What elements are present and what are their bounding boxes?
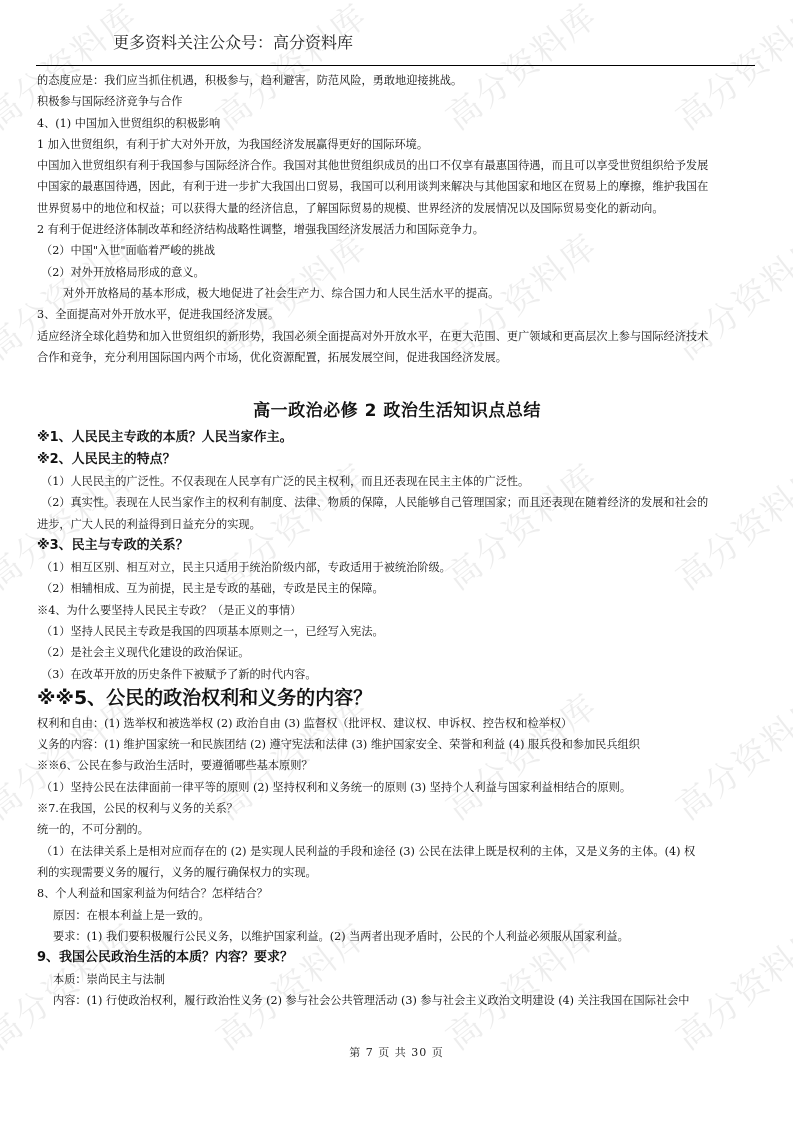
question-heading-8: 8、个人利益和国家利益为何结合？怎样结合？: [37, 883, 757, 904]
paragraph-line: 中国加入世贸组织有利于我国参与国际经济合作。我国对其他世贸组织成员的出口不仅享有…: [37, 155, 757, 176]
answer-line: 统一的，不可分割的。: [37, 819, 757, 840]
answer-line: （2）真实性。表现在人民当家作主的权利有制度、法律、物质的保障，人民能够自己管理…: [37, 492, 757, 513]
answer-line: （1）相互区别、相互对立，民主只适用于统治阶级内部，专政适用于被统治阶级。: [37, 557, 757, 578]
section-title: 高一政治必修 2 政治生活知识点总结: [37, 399, 757, 423]
question-heading-3: ※3、民主与专政的关系？: [37, 535, 757, 557]
paragraph-line: 3、全面提高对外开放水平，促进我国经济发展。: [37, 304, 757, 325]
question-heading-9: 9、我国公民政治生活的本质？内容？要求？: [37, 947, 757, 969]
answer-line: 义务的内容：(1) 维护国家统一和民族团结 (2) 遵守宪法和法律 (3) 维护…: [37, 734, 757, 755]
paragraph-line: 1 加入世贸组织，有利于扩大对外开放，为我国经济发展赢得更好的国际环境。: [37, 134, 757, 155]
answer-line: （3）在改革开放的历史条件下被赋予了新的时代内容。: [37, 664, 757, 685]
paragraph-line: （2）中国"入世"面临着严峻的挑战: [37, 240, 757, 261]
header-divider: [36, 65, 755, 66]
question-heading-4: ※4、为什么要坚持人民民主专政？（是正义的事情）: [37, 600, 757, 621]
question-heading-5: ※※5、公民的政治权利和义务的内容？: [37, 683, 757, 713]
paragraph-line: 合作和竞争，充分利用国际国内两个市场，优化资源配置，拓展发展空间，促进我国经济发…: [37, 347, 757, 368]
answer-line: （2）相辅相成、互为前提，民主是专政的基础，专政是民主的保障。: [37, 578, 757, 599]
answer-line: （1）人民民主的广泛性。不仅表现在人民享有广泛的民主权利，而且还表现在民主主体的…: [37, 471, 757, 492]
paragraph-line: 适应经济全球化趋势和加入世贸组织的新形势，我国必须全面提高对外开放水平，在更大范…: [37, 326, 757, 347]
paragraph-line: 2 有利于促进经济体制改革和经济结构战略性调整，增强我国经济发展活力和国际竞争力…: [37, 219, 757, 240]
page-content: 的态度应是：我们应当抓住机遇，积极参与，趋利避害，防范风险，勇敢地迎接挑战。 积…: [37, 70, 757, 1012]
paragraph-line: 积极参与国际经济竞争与合作: [37, 91, 757, 112]
answer-line: 要求：(1) 我们要积极履行公民义务，以维护国家利益。(2) 当两者出现矛盾时，…: [37, 926, 757, 947]
answer-line: 权利和自由：(1) 选举权和被选举权 (2) 政治自由 (3) 监督权（批评权、…: [37, 713, 757, 734]
question-heading-7: ※7.在我国，公民的权利与义务的关系？: [37, 798, 757, 819]
paragraph-line: 世界贸易中的地位和权益；可以获得大量的经济信息，了解国际贸易的规模、世界经济的发…: [37, 198, 757, 219]
paragraph-line: 对外开放格局的基本形成，极大地促进了社会生产力、综合国力和人民生活水平的提高。: [37, 283, 757, 304]
question-heading-1: ※1、人民民主专政的本质？人民当家作主。: [37, 427, 757, 449]
question-heading-6: ※※6、公民在参与政治生活时，要遵循哪些基本原则？: [37, 755, 757, 776]
answer-line: （1）坚持公民在法律面前一律平等的原则 (2) 坚持权利和义务统一的原则 (3)…: [37, 777, 757, 798]
answer-line: （1）坚持人民民主专政是我国的四项基本原则之一，已经写入宪法。: [37, 621, 757, 642]
paragraph-line: 4、(1) 中国加入世贸组织的积极影响: [37, 113, 757, 134]
answer-line: 进步，广大人民的利益得到日益充分的实现。: [37, 514, 757, 535]
answer-line: （2）是社会主义现代化建设的政治保证。: [37, 642, 757, 663]
answer-line: （1）在法律关系上是相对应而存在的 (2) 是实现人民利益的手段和途径 (3) …: [37, 841, 757, 862]
paragraph-line: （2）对外开放格局形成的意义。: [37, 262, 757, 283]
page-number: 第 7 页 共 30 页: [0, 1044, 793, 1060]
answer-line: 内容：(1) 行使政治权利，履行政治性义务 (2) 参与社会公共管理活动 (3)…: [37, 990, 757, 1011]
paragraph-line: 中国家的最惠国待遇，因此，有利于进一步扩大我国出口贸易，我国可以利用谈判来解决与…: [37, 176, 757, 197]
answer-line: 原因：在根本利益上是一致的。: [37, 905, 757, 926]
answer-line: 本质：崇尚民主与法制: [37, 969, 757, 990]
answer-line: 利的实现需要义务的履行，义务的履行确保权力的实现。: [37, 862, 757, 883]
paragraph-line: 的态度应是：我们应当抓住机遇，积极参与，趋利避害，防范风险，勇敢地迎接挑战。: [37, 70, 757, 91]
question-heading-2: ※2、人民民主的特点？: [37, 449, 757, 471]
page-header-title: 更多资料关注公众号：高分资料库: [113, 30, 353, 53]
continuation-block: 的态度应是：我们应当抓住机遇，积极参与，趋利避害，防范风险，勇敢地迎接挑战。 积…: [37, 70, 757, 368]
document-page: 更多资料关注公众号：高分资料库 的态度应是：我们应当抓住机遇，积极参与，趋利避害…: [0, 0, 793, 1122]
